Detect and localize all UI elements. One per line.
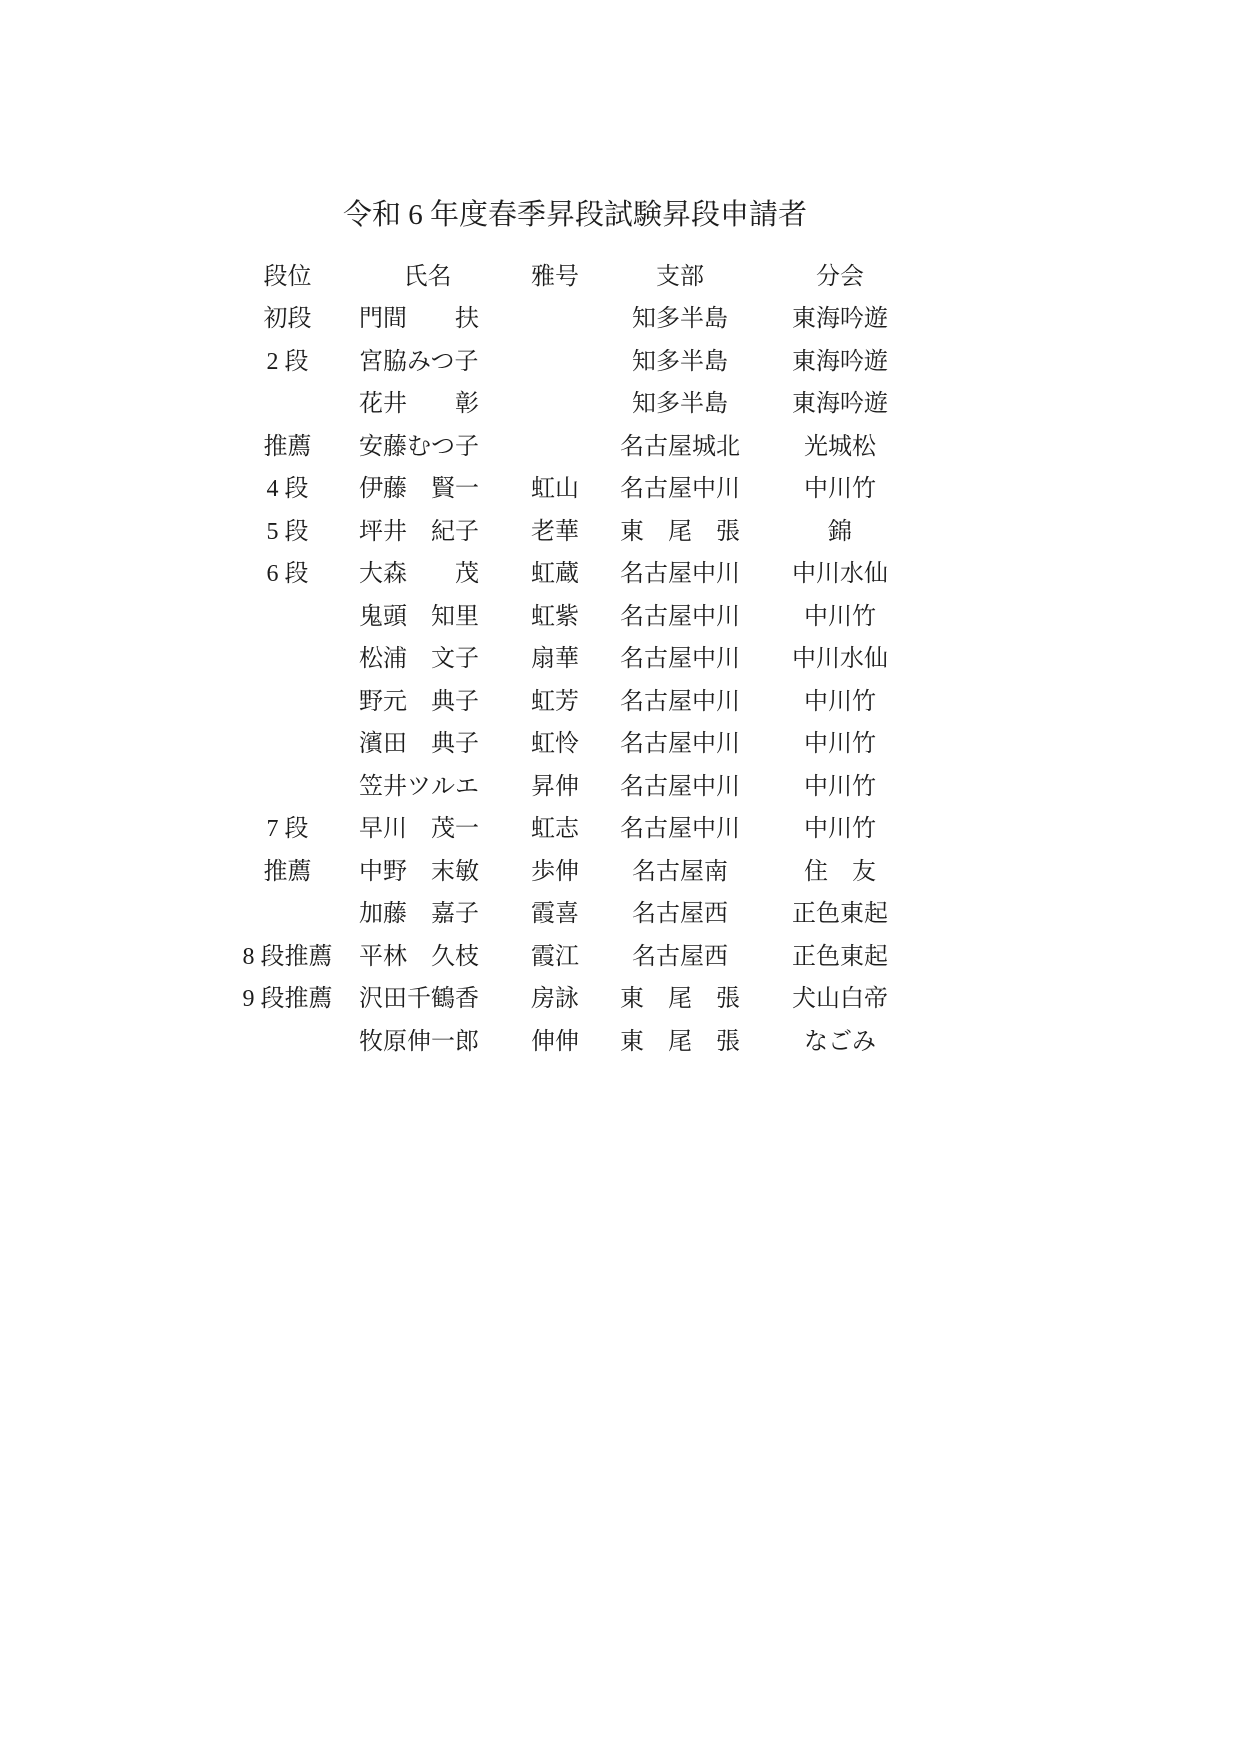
cell-rank: 8 段推薦: [230, 932, 345, 975]
cell-name: 伊藤 賢一: [345, 465, 510, 508]
cell-rank: 7 段: [230, 805, 345, 848]
cell-name: 鬼頭 知里: [345, 592, 510, 635]
cell-subgroup: 正色東起: [760, 932, 920, 975]
cell-name: 安藤むつ子: [345, 422, 510, 465]
header-name: 氏名: [345, 252, 510, 295]
cell-rank: [230, 762, 345, 805]
table-row: 7 段早川 茂一虹志名古屋中川中川竹: [230, 805, 920, 848]
table-row: 松浦 文子扇華名古屋中川中川水仙: [230, 635, 920, 678]
cell-subgroup: 錦: [760, 507, 920, 550]
cell-name: 平林 久枝: [345, 932, 510, 975]
cell-subgroup: 中川竹: [760, 465, 920, 508]
cell-rank: [230, 720, 345, 763]
cell-branch: 名古屋中川: [600, 677, 760, 720]
cell-branch: 名古屋城北: [600, 422, 760, 465]
cell-gago: 房詠: [510, 975, 600, 1018]
cell-rank: 推薦: [230, 847, 345, 890]
table-row: 加藤 嘉子霞喜名古屋西正色東起: [230, 890, 920, 933]
cell-gago: 虹山: [510, 465, 600, 508]
cell-branch: 名古屋中川: [600, 550, 760, 593]
cell-name: 大森 茂: [345, 550, 510, 593]
cell-gago: 虹怜: [510, 720, 600, 763]
table-header-row: 段位 氏名 雅号 支部 分会: [230, 252, 920, 295]
cell-name: 中野 末敏: [345, 847, 510, 890]
cell-branch: 名古屋西: [600, 890, 760, 933]
cell-rank: 初段: [230, 295, 345, 338]
cell-branch: 東 尾 張: [600, 507, 760, 550]
cell-branch: 名古屋中川: [600, 720, 760, 763]
cell-subgroup: 光城松: [760, 422, 920, 465]
table-row: 花井 彰知多半島東海吟遊: [230, 380, 920, 423]
cell-subgroup: 東海吟遊: [760, 380, 920, 423]
cell-rank: 6 段: [230, 550, 345, 593]
cell-name: 花井 彰: [345, 380, 510, 423]
cell-gago: [510, 380, 600, 423]
cell-name: 門間 扶: [345, 295, 510, 338]
table-row: 野元 典子虹芳名古屋中川中川竹: [230, 677, 920, 720]
cell-subgroup: 東海吟遊: [760, 337, 920, 380]
cell-name: 牧原伸一郎: [345, 1017, 510, 1060]
cell-gago: 扇華: [510, 635, 600, 678]
cell-branch: 東 尾 張: [600, 975, 760, 1018]
cell-rank: 推薦: [230, 422, 345, 465]
header-branch: 支部: [600, 252, 760, 295]
cell-subgroup: 中川竹: [760, 762, 920, 805]
cell-subgroup: 中川竹: [760, 805, 920, 848]
cell-gago: 歩伸: [510, 847, 600, 890]
cell-name: 早川 茂一: [345, 805, 510, 848]
cell-rank: 4 段: [230, 465, 345, 508]
cell-subgroup: 正色東起: [760, 890, 920, 933]
table-row: 4 段伊藤 賢一虹山名古屋中川中川竹: [230, 465, 920, 508]
cell-name: 加藤 嘉子: [345, 890, 510, 933]
cell-rank: [230, 890, 345, 933]
table-row: 5 段坪井 紀子老華東 尾 張錦: [230, 507, 920, 550]
cell-branch: 名古屋中川: [600, 592, 760, 635]
cell-name: 笠井ツルエ: [345, 762, 510, 805]
cell-rank: 9 段推薦: [230, 975, 345, 1018]
document-page: 令和 6 年度春季昇段試験昇段申請者 段位 氏名 雅号 支部 分会 初段門間 扶…: [0, 0, 1240, 1754]
cell-name: 宮脇みつ子: [345, 337, 510, 380]
cell-branch: 名古屋南: [600, 847, 760, 890]
cell-subgroup: なごみ: [760, 1017, 920, 1060]
table-row: 濱田 典子虹怜名古屋中川中川竹: [230, 720, 920, 763]
table-row: 牧原伸一郎伸伸東 尾 張なごみ: [230, 1017, 920, 1060]
cell-gago: [510, 422, 600, 465]
cell-subgroup: 犬山白帝: [760, 975, 920, 1018]
cell-rank: [230, 380, 345, 423]
cell-subgroup: 中川竹: [760, 720, 920, 763]
cell-branch: 名古屋中川: [600, 465, 760, 508]
cell-name: 松浦 文子: [345, 635, 510, 678]
cell-name: 濱田 典子: [345, 720, 510, 763]
header-gago: 雅号: [510, 252, 600, 295]
table-row: 笠井ツルエ昇伸名古屋中川中川竹: [230, 762, 920, 805]
cell-subgroup: 中川水仙: [760, 635, 920, 678]
table-row: 6 段大森 茂虹蔵名古屋中川中川水仙: [230, 550, 920, 593]
cell-subgroup: 中川竹: [760, 677, 920, 720]
table-row: 推薦安藤むつ子名古屋城北光城松: [230, 422, 920, 465]
cell-gago: [510, 337, 600, 380]
cell-branch: 知多半島: [600, 337, 760, 380]
cell-rank: [230, 592, 345, 635]
table-row: 2 段宮脇みつ子知多半島東海吟遊: [230, 337, 920, 380]
header-subgroup: 分会: [760, 252, 920, 295]
table-row: 初段門間 扶知多半島東海吟遊: [230, 295, 920, 338]
cell-branch: 名古屋中川: [600, 762, 760, 805]
cell-gago: 霞喜: [510, 890, 600, 933]
cell-branch: 知多半島: [600, 380, 760, 423]
cell-rank: [230, 677, 345, 720]
cell-gago: 伸伸: [510, 1017, 600, 1060]
cell-gago: 虹紫: [510, 592, 600, 635]
cell-branch: 名古屋西: [600, 932, 760, 975]
table-row: 鬼頭 知里虹紫名古屋中川中川竹: [230, 592, 920, 635]
cell-name: 沢田千鶴香: [345, 975, 510, 1018]
cell-branch: 東 尾 張: [600, 1017, 760, 1060]
cell-gago: 虹芳: [510, 677, 600, 720]
cell-subgroup: 中川竹: [760, 592, 920, 635]
cell-subgroup: 東海吟遊: [760, 295, 920, 338]
cell-subgroup: 住 友: [760, 847, 920, 890]
cell-rank: [230, 1017, 345, 1060]
cell-gago: [510, 295, 600, 338]
cell-gago: 虹蔵: [510, 550, 600, 593]
cell-name: 坪井 紀子: [345, 507, 510, 550]
table-row: 推薦中野 末敏歩伸名古屋南住 友: [230, 847, 920, 890]
header-rank: 段位: [230, 252, 345, 295]
applicants-table: 段位 氏名 雅号 支部 分会 初段門間 扶知多半島東海吟遊2 段宮脇みつ子知多半…: [230, 252, 920, 1060]
cell-branch: 名古屋中川: [600, 635, 760, 678]
applicants-rows: 初段門間 扶知多半島東海吟遊2 段宮脇みつ子知多半島東海吟遊花井 彰知多半島東海…: [230, 295, 920, 1060]
table-row: 8 段推薦平林 久枝霞江名古屋西正色東起: [230, 932, 920, 975]
cell-gago: 霞江: [510, 932, 600, 975]
cell-gago: 老華: [510, 507, 600, 550]
cell-rank: [230, 635, 345, 678]
cell-rank: 5 段: [230, 507, 345, 550]
document-title: 令和 6 年度春季昇段試験昇段申請者: [230, 192, 920, 233]
cell-branch: 知多半島: [600, 295, 760, 338]
cell-subgroup: 中川水仙: [760, 550, 920, 593]
table-row: 9 段推薦沢田千鶴香房詠東 尾 張犬山白帝: [230, 975, 920, 1018]
cell-gago: 昇伸: [510, 762, 600, 805]
cell-name: 野元 典子: [345, 677, 510, 720]
cell-rank: 2 段: [230, 337, 345, 380]
cell-gago: 虹志: [510, 805, 600, 848]
cell-branch: 名古屋中川: [600, 805, 760, 848]
